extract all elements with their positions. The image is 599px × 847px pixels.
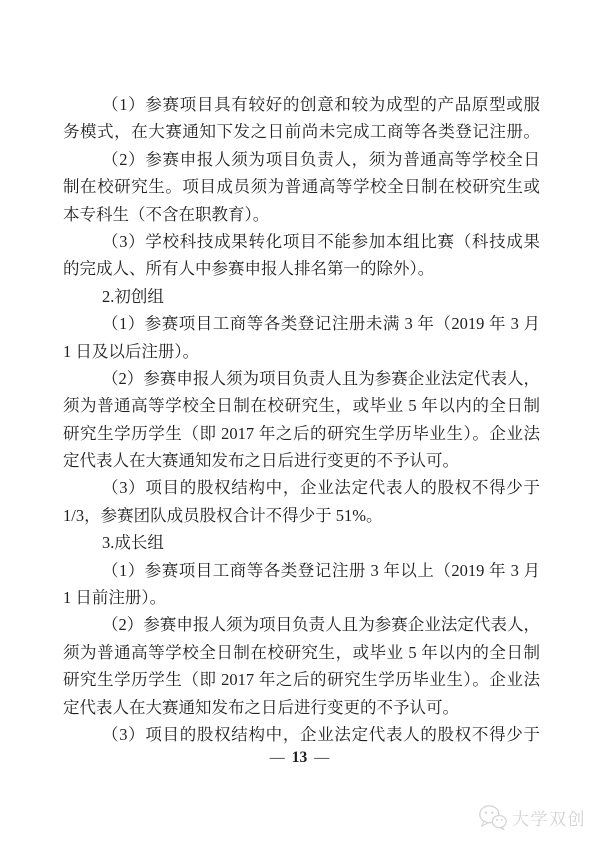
text-line: 1 日及以后注册）。 xyxy=(63,338,540,365)
text-line: 须为普通高等学校全日制在校研究生，或毕业 5 年以内的全日制 xyxy=(63,639,540,666)
text-line: 研究生学历学生（即 2017 年之后的研究生学历毕业生）。企业法 xyxy=(63,420,540,447)
page-number: 13 xyxy=(292,749,308,766)
watermark-label: 大学双创 xyxy=(512,805,586,830)
text-line: （3）项目的股权结构中，企业法定代表人的股权不得少于 xyxy=(63,721,540,748)
text-line: 定代表人在大赛通知发布之日后进行变更的不予认可。 xyxy=(63,694,540,721)
text-line: （2）参赛申报人须为项目负责人且为参赛企业法定代表人， xyxy=(63,611,540,638)
watermark: 大学双创 xyxy=(478,804,586,830)
text-line: 须为普通高等学校全日制在校研究生，或毕业 5 年以内的全日制 xyxy=(63,392,540,419)
footer: —13— xyxy=(0,748,599,768)
text-line: 制在校研究生。项目成员须为普通高等学校全日制在校研究生或 xyxy=(63,173,540,200)
section-heading: 3.成长组 xyxy=(63,529,540,556)
text-line: 1 日前注册）。 xyxy=(63,584,540,611)
document-page: （1）参赛项目具有较好的创意和较为成型的产品原型或服 务模式，在大赛通知下发之日… xyxy=(0,0,599,847)
text-line: 务模式，在大赛通知下发之日前尚未完成工商等各类登记注册。 xyxy=(63,118,540,145)
text-line: （1）参赛项目工商等各类登记注册 3 年以上（2019 年 3 月 xyxy=(63,557,540,584)
text-line: （1）参赛项目工商等各类登记注册未满 3 年（2019 年 3 月 xyxy=(63,310,540,337)
wechat-icon xyxy=(478,804,507,830)
text-line: 本专科生（不含在职教育）。 xyxy=(63,201,540,228)
text-line: 定代表人在大赛通知发布之日后进行变更的不予认可。 xyxy=(63,447,540,474)
page-number-right-dash: — xyxy=(314,750,329,766)
text-line: 研究生学历学生（即 2017 年之后的研究生学历毕业生）。企业法 xyxy=(63,666,540,693)
document-body: （1）参赛项目具有较好的创意和较为成型的产品原型或服 务模式，在大赛通知下发之日… xyxy=(63,91,540,748)
page-number-left-dash: — xyxy=(270,750,285,766)
text-line: （2）参赛申报人须为项目负责人且为参赛企业法定代表人， xyxy=(63,365,540,392)
section-heading: 2.初创组 xyxy=(63,283,540,310)
text-line: （3）项目的股权结构中，企业法定代表人的股权不得少于 xyxy=(63,474,540,501)
text-line: 的完成人、所有人中参赛申报人排名第一的除外）。 xyxy=(63,255,540,282)
text-line: （2）参赛申报人须为项目负责人，须为普通高等学校全日 xyxy=(63,146,540,173)
text-line: 1/3，参赛团队成员股权合计不得少于 51%。 xyxy=(63,502,540,529)
text-line: （3）学校科技成果转化项目不能参加本组比赛（科技成果 xyxy=(63,228,540,255)
text-line: （1）参赛项目具有较好的创意和较为成型的产品原型或服 xyxy=(63,91,540,118)
